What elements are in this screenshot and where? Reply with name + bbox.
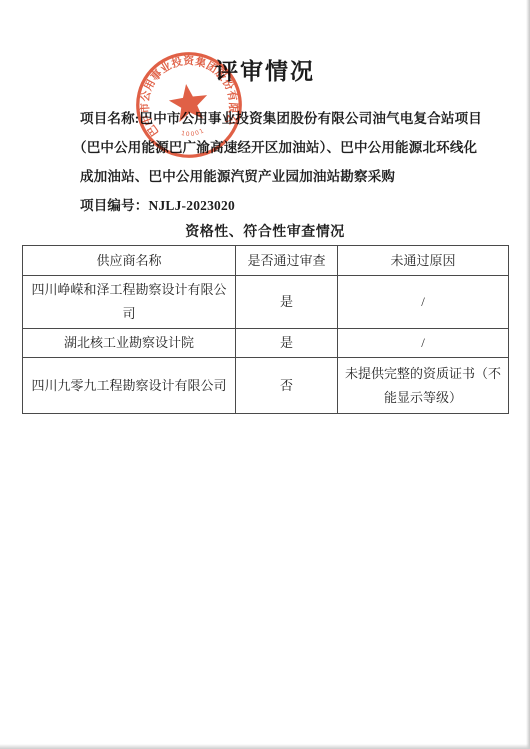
supplier-name-cell: 湖北核工业勘察设计院 xyxy=(23,329,236,358)
header-passed-review: 是否通过审查 xyxy=(236,246,338,276)
company-seal-stamp: 巴中市公用事业投资集团股份有限公司 10001 xyxy=(123,39,254,170)
passed-cell: 是 xyxy=(236,276,338,329)
reason-cell: / xyxy=(338,276,509,329)
table-row: 四川九零九工程勘察设计有限公司 否 未提供完整的资质证书（不能显示等级） xyxy=(23,358,509,414)
passed-cell: 否 xyxy=(236,358,338,414)
document-page: 评审情况 项目名称:巴中市公用事业投资集团股份有限公司油气电复合站项目 （巴中公… xyxy=(0,0,530,749)
section-title: 资格性、符合性审查情况 xyxy=(0,221,530,241)
scan-page-right-edge xyxy=(526,0,530,749)
qualification-review-table: 供应商名称 是否通过审查 未通过原因 四川峥嵘和泽工程勘察设计有限公司 是 / … xyxy=(22,245,509,414)
page-title: 评审情况 xyxy=(0,53,530,86)
scan-page-bottom-edge xyxy=(0,744,530,749)
table-row: 湖北核工业勘察设计院 是 / xyxy=(23,329,509,358)
supplier-name-cell: 四川峥嵘和泽工程勘察设计有限公司 xyxy=(23,276,236,329)
table-header-row: 供应商名称 是否通过审查 未通过原因 xyxy=(23,246,509,276)
star-icon xyxy=(167,81,210,123)
header-supplier-name: 供应商名称 xyxy=(23,246,236,276)
passed-cell: 是 xyxy=(236,329,338,358)
project-name-line-3: 成加油站、巴中公用能源汽贸产业园加油站勘察采购 xyxy=(80,169,395,184)
project-number-line: 项目编号：NJLJ-2023020 xyxy=(80,198,235,213)
reason-cell: 未提供完整的资质证书（不能显示等级） xyxy=(338,358,509,414)
header-fail-reason: 未通过原因 xyxy=(338,246,509,276)
reason-cell: / xyxy=(338,329,509,358)
supplier-name-cell: 四川九零九工程勘察设计有限公司 xyxy=(23,358,236,414)
project-name-line-2: （巴中公用能源巴广渝高速经开区加油站）、巴中公用能源北环线化 xyxy=(73,140,477,155)
seal-serial-number: 10001 xyxy=(180,127,207,140)
table-row: 四川峥嵘和泽工程勘察设计有限公司 是 / xyxy=(23,276,509,329)
